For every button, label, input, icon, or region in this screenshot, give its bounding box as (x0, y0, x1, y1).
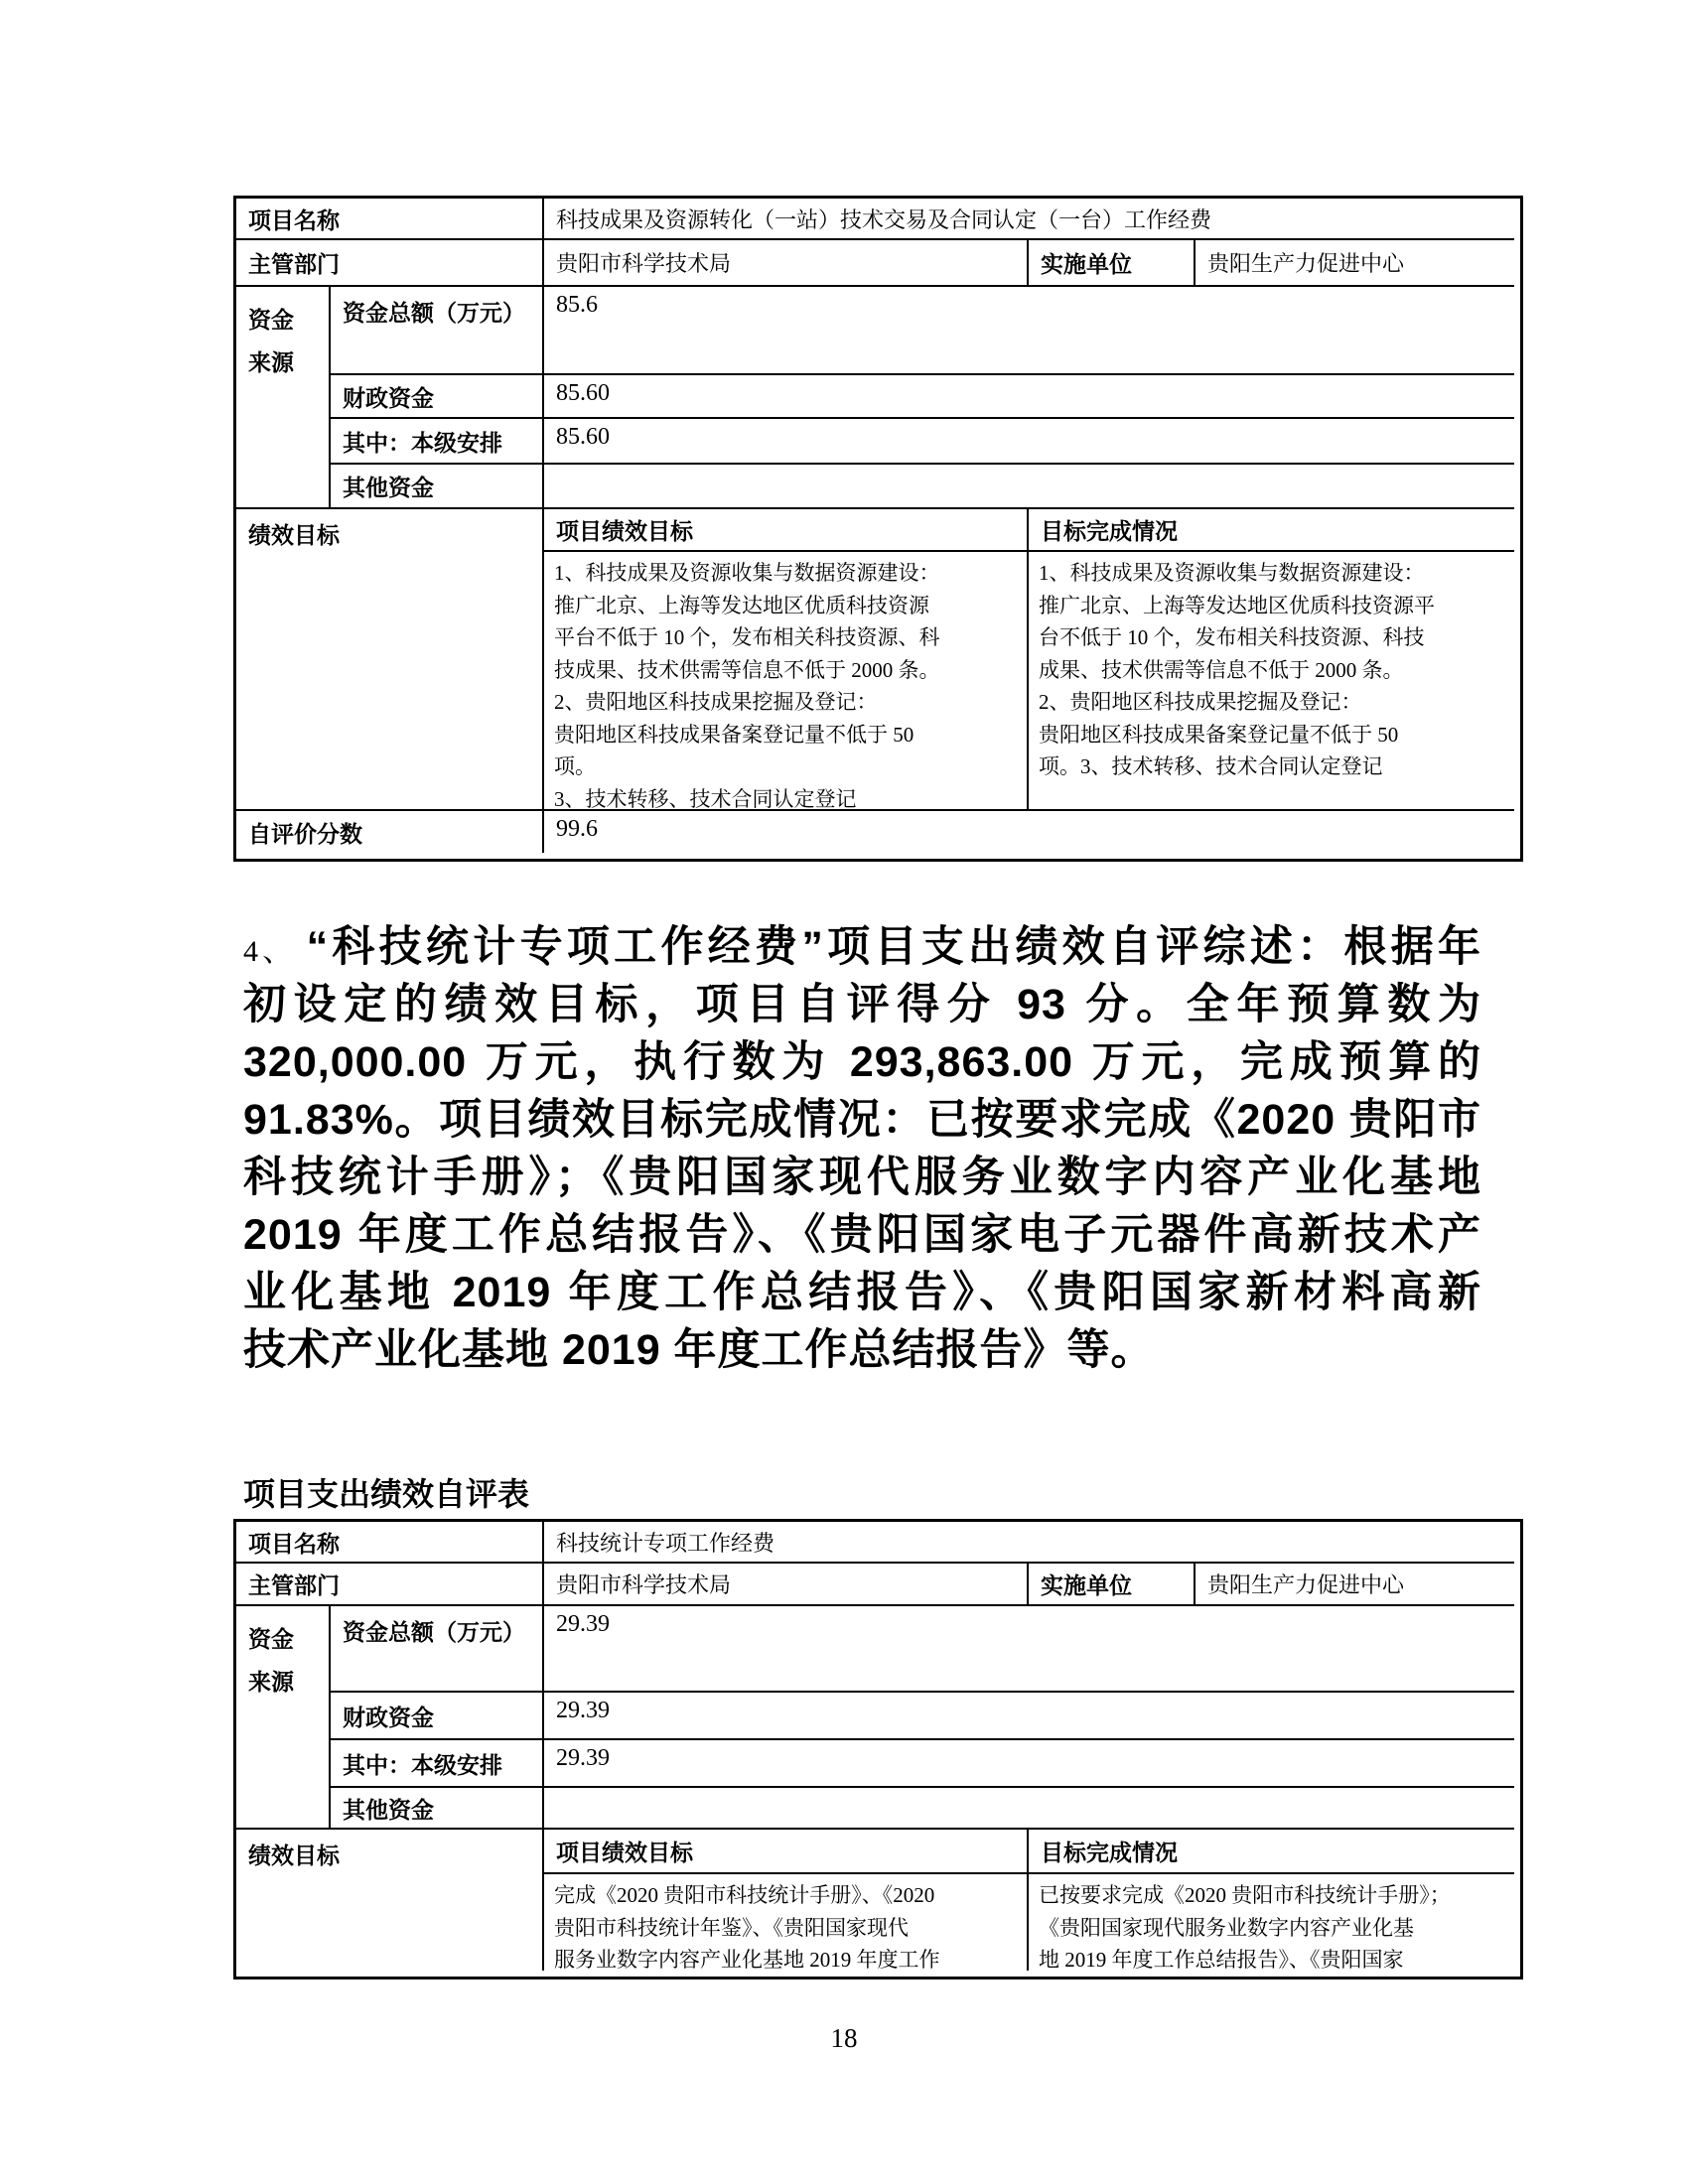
implementer-label: 实施单位 (1029, 1564, 1196, 1606)
performance-goal-header: 项目绩效目标 (544, 1830, 1029, 1874)
paragraph-line: 初设定的绩效目标，项目自评得分 93 分。全年预算数为 (243, 976, 1481, 1033)
self-score-label: 自评价分数 (236, 811, 544, 853)
performance-goal-header: 项目绩效目标 (544, 509, 1029, 552)
total-funds-value: 85.6 (544, 287, 1514, 375)
local-arrangement-label: 其中：本级安排 (331, 419, 544, 465)
performance-target-label: 绩效目标 (236, 509, 544, 811)
local-arrangement-value: 85.60 (544, 419, 1514, 465)
department-label: 主管部门 (236, 1564, 544, 1606)
performance-done-header: 目标完成情况 (1029, 1830, 1514, 1874)
summary-paragraph-4: 4、“科技统计专项工作经费”项目支出绩效自评综述：根据年 初设定的绩效目标，项目… (243, 918, 1481, 1379)
department-label: 主管部门 (236, 240, 544, 287)
performance-done-content: 1、科技成果及资源收集与数据资源建设： 推广北京、上海等发达地区优质科技资源平 … (1029, 552, 1514, 811)
section-title: 项目支出绩效自评表 (243, 1469, 529, 1515)
paragraph-line: 4、“科技统计专项工作经费”项目支出绩效自评综述：根据年 (243, 918, 1481, 976)
implementer-label: 实施单位 (1029, 240, 1196, 287)
local-arrangement-label: 其中：本级安排 (331, 1740, 544, 1788)
paragraph-line: 业化基地 2019 年度工作总结报告》、《贵阳国家新材料高新 (243, 1264, 1481, 1321)
performance-target-label: 绩效目标 (236, 1830, 544, 1971)
paragraph-line: 2019 年度工作总结报告》、《贵阳国家电子元器件高新技术产 (243, 1206, 1481, 1264)
local-arrangement-value: 29.39 (544, 1740, 1514, 1788)
paragraph-item-number: 4、 (243, 935, 307, 968)
total-funds-value: 29.39 (544, 1606, 1514, 1693)
self-evaluation-table-2: 项目名称 科技统计专项工作经费 主管部门 贵阳市科学技术局 实施单位 贵阳生产力… (233, 1519, 1523, 1979)
implementer-value: 贵阳生产力促进中心 (1196, 1564, 1514, 1606)
document-page: { "tables": [ { "project_name_label": "项… (0, 0, 1688, 2184)
paragraph-line: 320,000.00 万元，执行数为 293,863.00 万元，完成预算的 (243, 1033, 1481, 1091)
project-name-label: 项目名称 (236, 199, 544, 240)
project-name-value: 科技统计专项工作经费 (544, 1522, 1514, 1564)
department-value: 贵阳市科学技术局 (544, 240, 1029, 287)
other-funds-value (544, 465, 1514, 509)
funding-source-label: 资金 来源 (236, 287, 331, 509)
project-name-label: 项目名称 (236, 1522, 544, 1564)
performance-goal-content: 1、科技成果及资源收集与数据资源建设： 推广北京、上海等发达地区优质科技资源 平… (544, 552, 1029, 811)
self-evaluation-table-1: 项目名称 科技成果及资源转化（一站）技术交易及合同认定（一台）工作经费 主管部门… (233, 196, 1523, 862)
project-name-value: 科技成果及资源转化（一站）技术交易及合同认定（一台）工作经费 (544, 199, 1514, 240)
self-score-value: 99.6 (544, 811, 1514, 853)
funding-source-text: 资金 来源 (248, 292, 294, 384)
paragraph-line-text: “科技统计专项工作经费”项目支出绩效自评综述：根据年 (307, 923, 1481, 971)
funding-source-label: 资金 来源 (236, 1606, 331, 1830)
page-number: 18 (0, 2023, 1688, 2054)
other-funds-value (544, 1788, 1514, 1830)
total-funds-label: 资金总额（万元） (331, 1606, 544, 1693)
performance-done-content: 已按要求完成《2020 贵阳市科技统计手册》； 《贵阳国家现代服务业数字内容产业… (1029, 1874, 1514, 1971)
fiscal-funds-label: 财政资金 (331, 375, 544, 419)
performance-goal-content: 完成《2020 贵阳市科技统计手册》、《2020 贵阳市科技统计年鉴》、《贵阳国… (544, 1874, 1029, 1971)
paragraph-line: 91.83%。项目绩效目标完成情况：已按要求完成《2020 贵阳市 (243, 1091, 1481, 1149)
performance-done-header: 目标完成情况 (1029, 509, 1514, 552)
other-funds-label: 其他资金 (331, 465, 544, 509)
other-funds-label: 其他资金 (331, 1788, 544, 1830)
fiscal-funds-label: 财政资金 (331, 1693, 544, 1740)
implementer-value: 贵阳生产力促进中心 (1196, 240, 1514, 287)
fiscal-funds-value: 85.60 (544, 375, 1514, 419)
paragraph-line: 科技统计手册》；《贵阳国家现代服务业数字内容产业化基地 (243, 1149, 1481, 1206)
fiscal-funds-value: 29.39 (544, 1693, 1514, 1740)
department-value: 贵阳市科学技术局 (544, 1564, 1029, 1606)
funding-source-text: 资金 来源 (248, 1611, 294, 1704)
paragraph-line: 技术产业化基地 2019 年度工作总结报告》等。 (243, 1321, 1481, 1379)
total-funds-label: 资金总额（万元） (331, 287, 544, 375)
